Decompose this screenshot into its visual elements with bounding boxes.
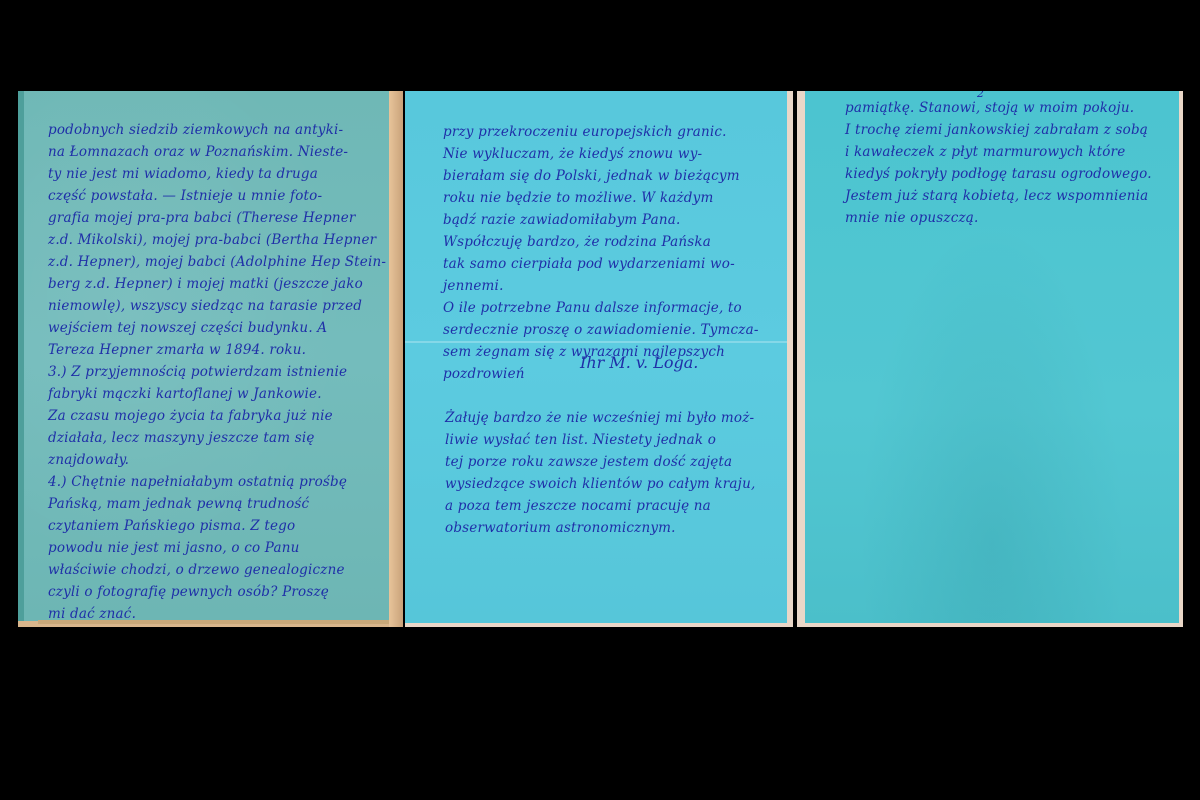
text-line: czyli o fotografię pewnych osób? Proszę: [48, 581, 386, 603]
text-line: znajdowały.: [48, 449, 386, 471]
text-line: a poza tem jeszcze nocami pracuję na: [445, 495, 755, 517]
text-line: wysiedzące swoich klientów po całym kraj…: [445, 473, 755, 495]
letter-page-2: przy przekroczeniu europejskich granic. …: [405, 91, 793, 627]
text-line: I trochę ziemi jankowskiej zabrałam z so…: [845, 119, 1152, 141]
text-line: liwie wysłać ten list. Niestety jednak o: [445, 429, 755, 451]
text-line: Współczuję bardzo, że rodzina Pańska: [443, 231, 759, 253]
text-line: serdecznie proszę o zawiadomienie. Tymcz…: [443, 319, 759, 341]
paper-edge: [389, 91, 403, 627]
text-line: mi dać znać.: [48, 603, 386, 625]
text-line: część powstała. — Istnieje u mnie foto-: [48, 185, 386, 207]
handwritten-text: pamiątkę. Stanowi, stoją w moim pokoju. …: [845, 97, 1152, 229]
handwritten-text-postscript: Żałuję bardzo że nie wcześniej mi było m…: [445, 407, 755, 539]
text-line: z.d. Mikolski), mojej pra-babci (Bertha …: [48, 229, 386, 251]
text-line: bierałam się do Polski, jednak w bieżący…: [443, 165, 759, 187]
text-line: podobnych siedzib ziemkowych na antyki-: [48, 119, 386, 141]
text-line: tak samo cierpiała pod wydarzeniami wo-: [443, 253, 759, 275]
text-line: wejściem tej nowszej części budynku. A: [48, 317, 386, 339]
text-line: na Łomnazach oraz w Poznańskim. Nieste-: [48, 141, 386, 163]
text-line: Pańską, mam jednak pewną trudność: [48, 493, 386, 515]
text-line: Za czasu mojego życia ta fabryka już nie: [48, 405, 386, 427]
text-line: właściwie chodzi, o drzewo genealogiczne: [48, 559, 386, 581]
text-line: bądź razie zawiadomiłabym Pana.: [443, 209, 759, 231]
text-line: obserwatorium astronomicznym.: [445, 517, 755, 539]
text-line: pamiątkę. Stanowi, stoją w moim pokoju.: [845, 97, 1152, 119]
text-line: Tereza Hepner zmarła w 1894. roku.: [48, 339, 386, 361]
text-line: roku nie będzie to możliwe. W każdym: [443, 187, 759, 209]
document-viewer: podobnych siedzib ziemkowych na antyki- …: [0, 0, 1200, 800]
text-line: berg z.d. Hepner) i mojej matki (jeszcze…: [48, 273, 386, 295]
text-line: tej porze roku zawsze jestem dość zajęta: [445, 451, 755, 473]
text-line: przy przekroczeniu europejskich granic.: [443, 121, 759, 143]
text-line: Jestem już starą kobietą, lecz wspomnien…: [845, 185, 1152, 207]
text-line: 3.) Z przyjemnością potwierdzam istnieni…: [48, 361, 386, 383]
letter-page-1: podobnych siedzib ziemkowych na antyki- …: [18, 91, 403, 627]
text-line: czytaniem Pańskiego pisma. Z tego: [48, 515, 386, 537]
text-line: ty nie jest mi wiadomo, kiedy ta druga: [48, 163, 386, 185]
text-line: niemowlę), wszyscy siedząc na tarasie pr…: [48, 295, 386, 317]
text-line: O ile potrzebne Panu dalsze informacje, …: [443, 297, 759, 319]
text-line: Żałuję bardzo że nie wcześniej mi było m…: [445, 407, 755, 429]
text-line: Bardzo szkoda, że Pański przyjazd do: [48, 625, 386, 627]
text-line: grafia mojej pra-pra babci (Therese Hepn…: [48, 207, 386, 229]
text-line: fabryki mączki kartoflanej w Jankowie.: [48, 383, 386, 405]
handwritten-text-top: przy przekroczeniu europejskich granic. …: [443, 121, 759, 385]
text-line: działała, lecz maszyny jeszcze tam się: [48, 427, 386, 449]
handwritten-text: podobnych siedzib ziemkowych na antyki- …: [48, 119, 386, 627]
text-line: Nie wykluczam, że kiedyś znowu wy-: [443, 143, 759, 165]
text-line: i kawałeczek z płyt marmurowych które: [845, 141, 1152, 163]
text-line: mnie nie opuszczą.: [845, 207, 1152, 229]
signature: Ihr M. v. Loga.: [580, 353, 698, 372]
text-line: jennemi.: [443, 275, 759, 297]
text-line: powodu nie jest mi jasno, o co Panu: [48, 537, 386, 559]
paper-left-trim: [18, 91, 24, 621]
text-line: z.d. Hepner), mojej babci (Adolphine Hep…: [48, 251, 386, 273]
text-line: kiedyś pokryły podłogę tarasu ogrodowego…: [845, 163, 1152, 185]
text-line: 4.) Chętnie napełniałabym ostatnią prośb…: [48, 471, 386, 493]
letter-page-3: 2 pamiątkę. Stanowi, stoją w moim pokoju…: [797, 91, 1183, 627]
